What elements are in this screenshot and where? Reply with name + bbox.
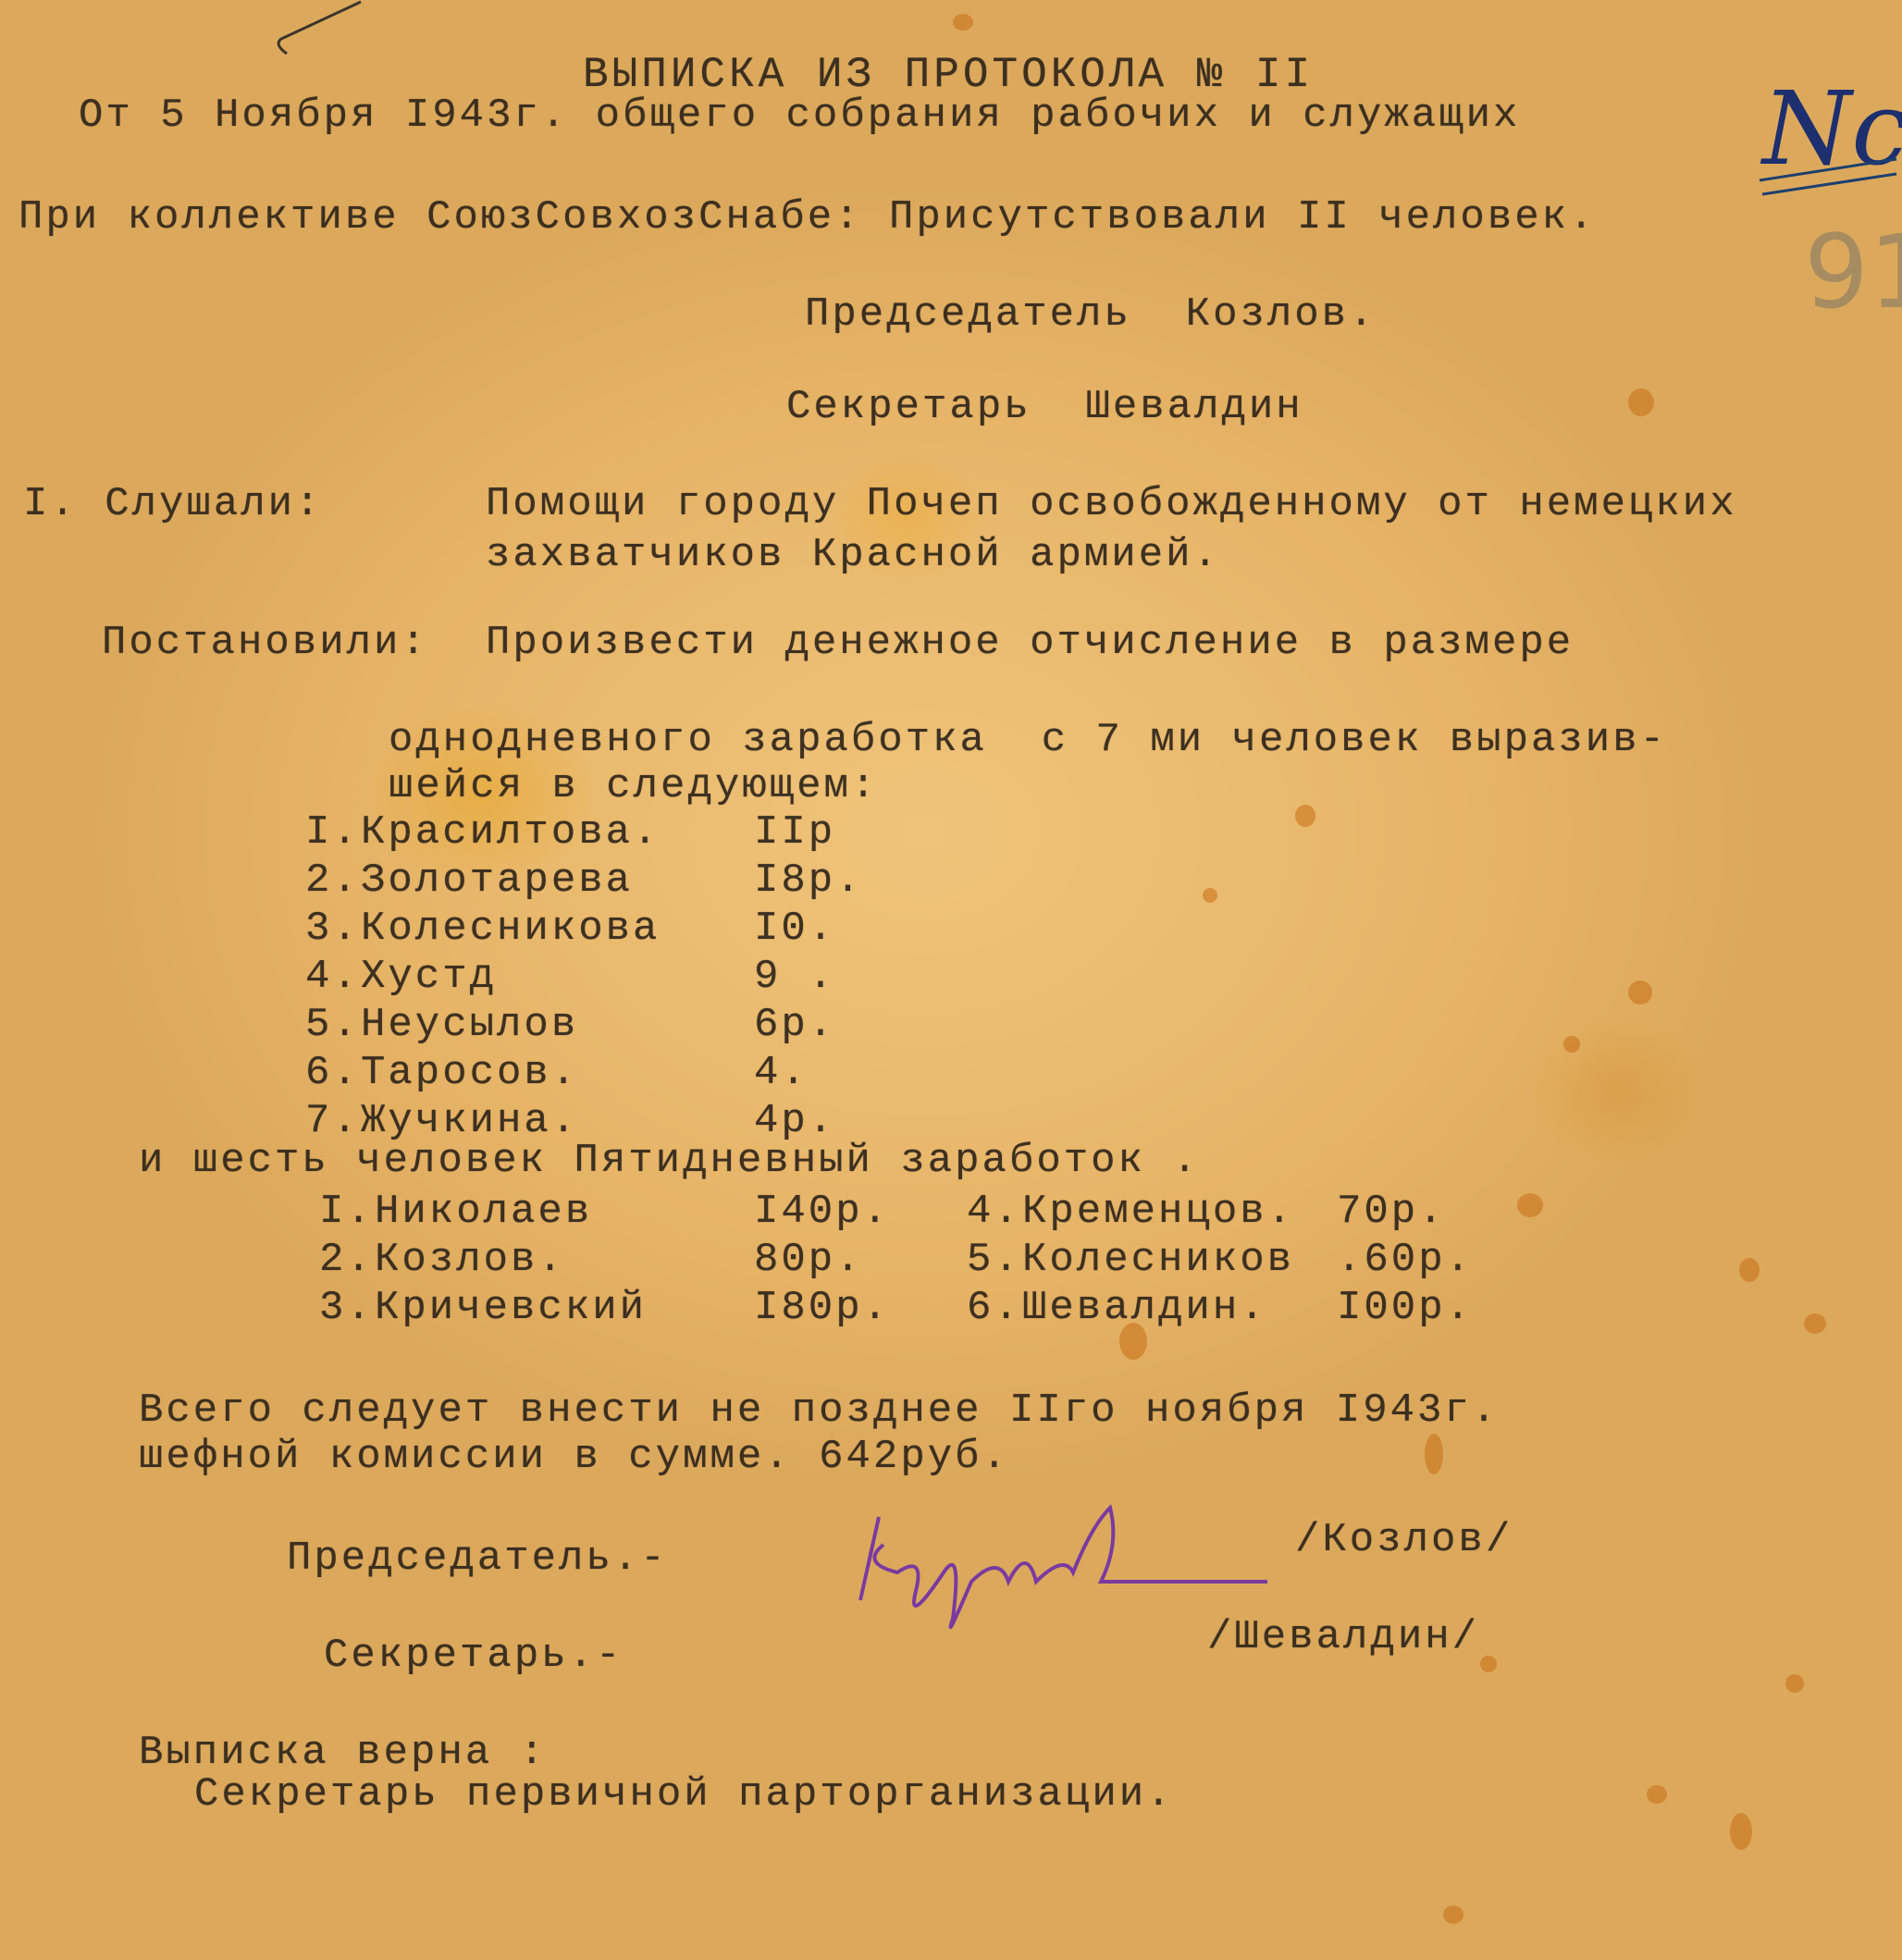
item-number: 4. (305, 954, 360, 1000)
stain (1647, 1785, 1667, 1804)
person-name: Золотарева (361, 857, 633, 904)
total-line: шефной комиссии в сумме. 642руб. (139, 1434, 1009, 1480)
chairman-line: Председатель Козлов. (805, 291, 1377, 338)
amount: 9 . (754, 954, 835, 1000)
item-number: 6. (967, 1285, 1021, 1331)
item-number: 3. (305, 906, 360, 952)
item-number: I. (319, 1189, 374, 1235)
item-number: 6. (305, 1050, 360, 1096)
stain (1563, 1036, 1580, 1053)
stain (1730, 1813, 1752, 1850)
stain (1517, 1193, 1543, 1217)
resolved-label: Постановили: (102, 620, 428, 666)
stain (1785, 1674, 1804, 1693)
document-page: ВЫПИСКА ИЗ ПРОТОКОЛА № II От 5 Ноября I9… (0, 0, 1902, 1960)
stain (1425, 1434, 1443, 1474)
amount: I0. (754, 906, 835, 952)
total-line: Всего следует внести не позднее IIго ноя… (139, 1387, 1499, 1434)
person-name: Николаев (375, 1189, 592, 1235)
person-name: Неусылов (361, 1002, 578, 1048)
item-number: 2. (305, 857, 360, 904)
amount: I40р. (754, 1189, 890, 1235)
stain (1739, 1258, 1760, 1282)
certified-line: Секретарь первичной парторганизации. (194, 1771, 1174, 1818)
amount: .60р. (1337, 1237, 1473, 1283)
listened-label: I. Слушали: (23, 481, 322, 527)
amount: IIр (754, 809, 835, 856)
stain (1628, 388, 1654, 416)
person-name: Красилтова. (361, 809, 660, 856)
person-name: Таросов. (361, 1050, 578, 1096)
listened-text: захватчиков Красной армией. (486, 532, 1220, 578)
person-name: Кричевский (375, 1285, 647, 1331)
chairman-sign-name: /Козлов/ (1295, 1517, 1513, 1563)
amount: I00р. (1337, 1285, 1473, 1331)
item-number: 4. (967, 1189, 1021, 1235)
person-name: Колесникова (361, 906, 660, 952)
amount: 6р. (754, 1002, 835, 1048)
amount: I8р. (754, 857, 863, 904)
person-name: Шевалдин. (1022, 1285, 1267, 1331)
item-number: 3. (319, 1285, 374, 1331)
person-name: Хустд (361, 954, 497, 1000)
stain (953, 14, 973, 31)
stain (1443, 1905, 1464, 1924)
chairman-sign-label: Председатель.- (287, 1535, 668, 1582)
item-number: I. (305, 809, 360, 856)
amount: 70р. (1337, 1189, 1446, 1235)
item-number: 5. (305, 1002, 360, 1048)
pencil-page-number: 91 (1804, 213, 1902, 331)
amount: 80р. (754, 1237, 863, 1283)
five-day-intro: и шесть человек Пятидневный заработок . (139, 1138, 1200, 1184)
secretary-line: Секретарь Шевалдин (786, 384, 1303, 430)
pencil-mark (259, 0, 370, 65)
item-number: 5. (967, 1237, 1021, 1283)
resolved-text: Произвести денежное отчисление в размере (486, 620, 1574, 666)
stain (1480, 1656, 1497, 1672)
resolved-text: шейся в следующем: (389, 763, 878, 809)
secretary-sign-name: /Шевалдин/ (1207, 1614, 1479, 1660)
secretary-sign-label: Секретарь.- (324, 1633, 623, 1679)
listened-text: Помощи городу Почеп освобожденному от не… (486, 481, 1737, 527)
amount: I80р. (754, 1285, 890, 1331)
stain (1295, 805, 1315, 827)
person-name: Кременцов. (1022, 1189, 1294, 1235)
stain (1628, 980, 1652, 1005)
item-number: 2. (319, 1237, 374, 1283)
person-name: Колесников (1022, 1237, 1294, 1283)
header-line: При коллективе СоюзСовхозСнабе: Присутст… (19, 194, 1596, 240)
person-name: Козлов. (375, 1237, 565, 1283)
blue-underline (1758, 148, 1902, 203)
amount: 4. (754, 1050, 809, 1096)
stain (1804, 1313, 1826, 1334)
resolved-text: однодневного заработка с 7 ми человек вы… (389, 717, 1667, 763)
stain (1203, 888, 1217, 903)
certified-line: Выписка верна : (139, 1730, 547, 1776)
header-line: От 5 Ноября I943г. общего собрания рабоч… (79, 92, 1520, 139)
